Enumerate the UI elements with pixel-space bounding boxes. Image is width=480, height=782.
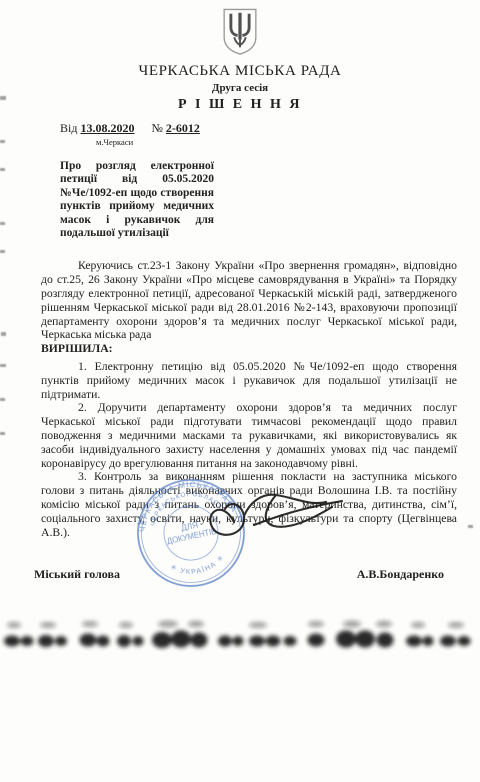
scan-edge-artifacts (0, 0, 480, 782)
document-page: ЧЕРКАСЬКА МІСЬКА РАДА Друга сесія Р І Ш … (0, 0, 480, 782)
